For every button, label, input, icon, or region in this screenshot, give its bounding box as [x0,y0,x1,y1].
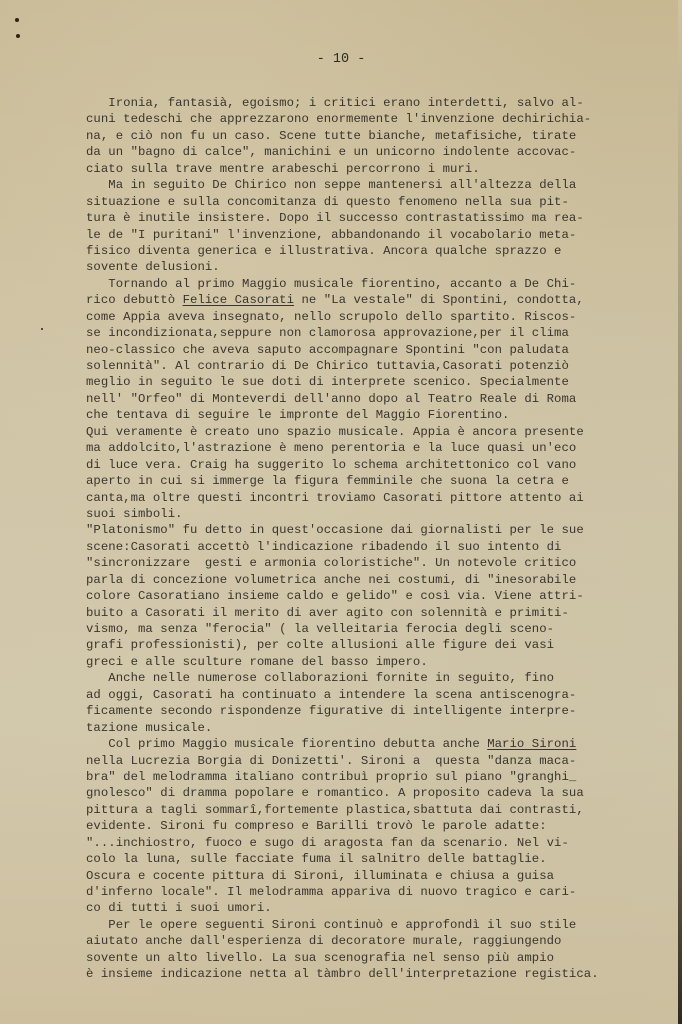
text-line: solennità". Al contrario di De Chirico t… [86,358,646,374]
text-line: Ironia, fantasià, egoismo; i critici era… [86,95,646,111]
text-line: aperto in cui si immerge la figura femmi… [86,473,646,489]
text-line: canta,ma oltre questi incontri troviamo … [86,490,646,506]
text-line: da un "bagno di calce", manichini e un u… [86,144,646,160]
typewritten-body: Ironia, fantasià, egoismo; i critici era… [86,95,646,983]
text-line: di luce vera. Craig ha suggerito lo sche… [86,457,646,473]
scanned-page: - 10 - Ironia, fantasià, egoismo; i crit… [0,0,682,1024]
text-line: colo la luna, sulle facciate fuma il sal… [86,851,646,867]
text-line: Tornando al primo Maggio musicale fioren… [86,276,646,292]
text-line: Ma in seguito De Chirico non seppe mante… [86,177,646,193]
text-line: Anche nelle numerose collaborazioni forn… [86,670,646,686]
text-line: Qui veramente è creato uno spazio musica… [86,424,646,440]
text-line: Oscura e cocente pittura di Sironi, illu… [86,868,646,884]
text-line: nella Lucrezia Borgia di Donizetti'. Sir… [86,753,646,769]
text-line: vismo, ma senza "ferocia" ( la velleitar… [86,621,646,637]
punch-mark [41,328,43,330]
text-line: greci e alle sculture romane del basso i… [86,654,646,670]
text-line: co di tutti i suoi umori. [86,900,646,916]
text-line: nell' "Orfeo" di Monteverdi dell'anno do… [86,391,646,407]
text-line: "Platonismo" fu detto in quest'occasione… [86,522,646,538]
text-line: ma addolcito,l'astrazione è meno perento… [86,440,646,456]
text-line: bra" del melodramma italiano contribuì p… [86,769,646,785]
text-line: evidente. Sironi fu compreso e Barilli t… [86,818,646,834]
text-line: cuni tedeschi che apprezzarono enormemen… [86,111,646,127]
text-line: d'inferno locale". Il melodramma appariv… [86,884,646,900]
text-line: aiutato anche dall'esperienza di decorat… [86,933,646,949]
text-line: suoi simboli. [86,506,646,522]
text-line: situazione e sulla concomitanza di quest… [86,194,646,210]
text-line: neo-classico che aveva saputo accompagna… [86,342,646,358]
text-line: rico debuttò Felice Casorati ne "La vest… [86,292,646,308]
text-line: se incondizionata,seppure non clamorosa … [86,325,646,341]
underlined-name: Felice Casorati [183,293,294,307]
text-line: "...inchiostro, fuoco e sugo di aragosta… [86,835,646,851]
text-line: sovente delusioni. [86,259,646,275]
text-line: parla di concezione volumetrica anche ne… [86,572,646,588]
punch-mark [15,18,19,22]
text-line: ciato sulla trave mentre arabeschi perco… [86,161,646,177]
underlined-name: Mario Sironi [487,737,576,751]
text-line: na, e ciò non fu un caso. Scene tutte bi… [86,128,646,144]
text-line: pittura a tagli sommarî,fortemente plast… [86,802,646,818]
text-line: grafi professionisti), per colte allusio… [86,637,646,653]
text-line: Per le opere seguenti Sironi continuò e … [86,917,646,933]
text-line: "sincronizzare gesti e armonia coloristi… [86,555,646,571]
text-line: che tentava di seguire le impronte del M… [86,407,646,423]
text-line: meglio in seguito le sue doti di interpr… [86,374,646,390]
text-line: scene:Casorati accettò l'indicazione rib… [86,539,646,555]
text-line: è insieme indicazione netta al tàmbro de… [86,966,646,982]
text-line: ad oggi, Casorati ha continuato a intend… [86,687,646,703]
text-line: come Appia aveva insegnato, nello scrupo… [86,309,646,325]
punch-mark [16,34,20,38]
text-line: colore Casoratiano insieme caldo e gelid… [86,588,646,604]
text-line: Col primo Maggio musicale fiorentino deb… [86,736,646,752]
text-line: ficamente secondo rispondenze figurative… [86,703,646,719]
text-line: le de "I puritani" l'invenzione, abbando… [86,227,646,243]
page-number: - 10 - [0,52,682,67]
text-line: sovente un alto livello. La sua scenogra… [86,950,646,966]
text-line: tura è inutile insistere. Dopo il succes… [86,210,646,226]
text-line: buito a Casorati il merito di aver agito… [86,605,646,621]
text-line: gnolesco" di dramma popolare e romantico… [86,785,646,801]
page-edge-shadow [678,0,682,1024]
text-line: fisico diventa generica e illustrativa. … [86,243,646,259]
text-line: tazione musicale. [86,720,646,736]
